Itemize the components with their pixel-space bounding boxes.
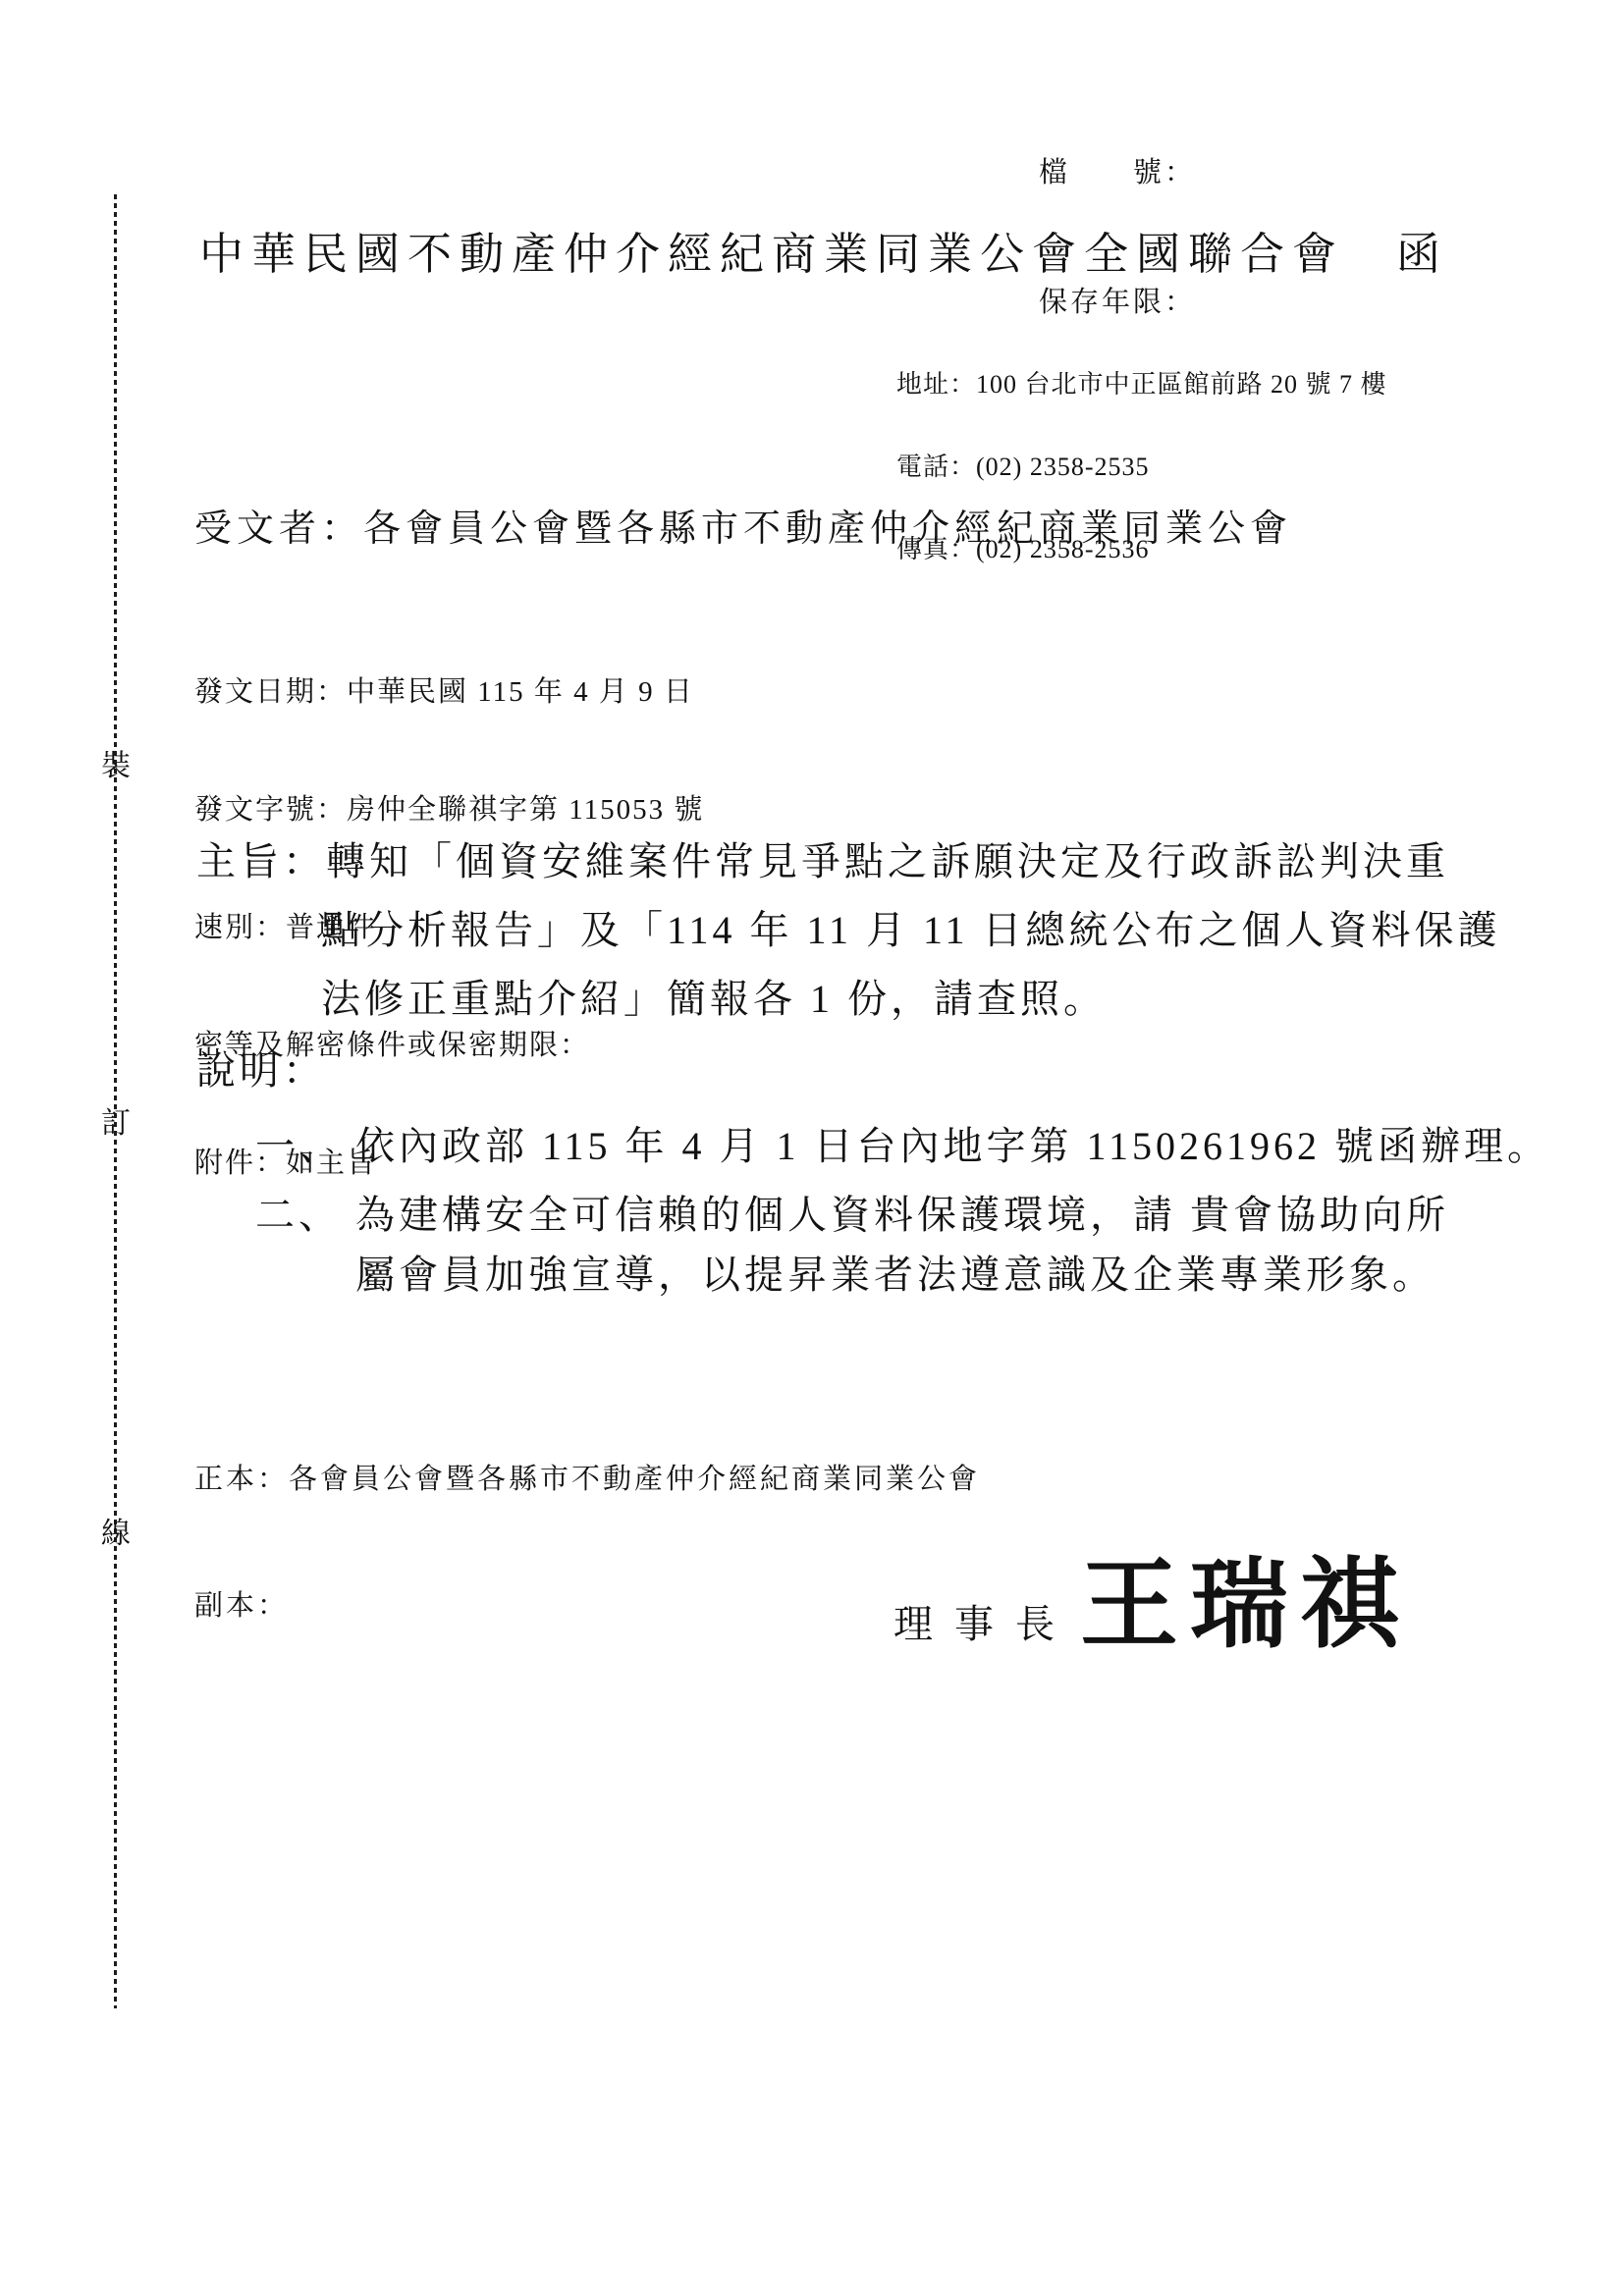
binding-mark-xian: 線	[101, 1520, 131, 1549]
binding-mark-ding: 訂	[101, 1109, 131, 1139]
explanation-heading: 說明：	[196, 1048, 326, 1094]
item-2-number: 二、	[255, 1184, 342, 1240]
sender-phone: 電話：(02) 2358-2535	[896, 454, 1387, 481]
item-1-number: 一、	[255, 1115, 342, 1171]
chairman-name: 王瑞祺	[1080, 1549, 1410, 1662]
file-number-label: 檔 號：	[1039, 151, 1196, 194]
cc-copy-line: 副本：	[194, 1585, 980, 1628]
binding-dashed-line	[114, 194, 117, 2008]
sender-address: 地址：100 台北市中正區館前路 20 號 7 樓	[896, 371, 1387, 399]
chairman-title: 理事長	[893, 1602, 1076, 1647]
subject-line-3: 法修正重點介紹」簡報各 1 份，請查照。	[321, 977, 1107, 1022]
document-title: 中華民國不動產仲介經紀商業同業公會全國聯合會 函	[199, 230, 1448, 281]
recipient-line: 受文者：各會員公會暨各縣市不動產仲介經紀商業同業公會	[194, 508, 1292, 552]
dispatch-number: 發文字號：房仲全聯祺字第 115053 號	[194, 790, 704, 829]
original-copy-line: 正本：各會員公會暨各縣市不動產仲介經紀商業同業公會	[194, 1459, 980, 1501]
copies-block: 正本：各會員公會暨各縣市不動產仲介經紀商業同業公會 副本：	[194, 1374, 980, 1712]
official-letter-page: 檔 號： 保存年限： 裝 訂 線 中華民國不動產仲介經紀商業同業公會全國聯合會 …	[0, 0, 1624, 2296]
dispatch-date: 發文日期：中華民國 115 年 4 月 9 日	[194, 672, 704, 712]
binding-mark-zhuang: 裝	[101, 752, 131, 781]
item-2-text-line-2: 屬會員加強宣導，以提昇業者法遵意識及企業專業形象。	[355, 1253, 1435, 1298]
item-2-text-line-1: 為建構安全可信賴的個人資料保護環境，請 貴會協助向所	[355, 1184, 1449, 1240]
subject-line-2: 點分析報告」及「114 年 11 月 11 日總統公布之個人資料保護	[321, 908, 1501, 953]
subject-line-1: 主旨：轉知「個資安維案件常見爭點之訴願決定及行政訴訟判決重	[196, 839, 1449, 884]
sender-contact-block: 地址：100 台北市中正區館前路 20 號 7 樓 電話：(02) 2358-2…	[896, 316, 1387, 618]
item-1-text: 依內政部 115 年 4 月 1 日台內地字第 1150261962 號函辦理。	[355, 1115, 1550, 1171]
